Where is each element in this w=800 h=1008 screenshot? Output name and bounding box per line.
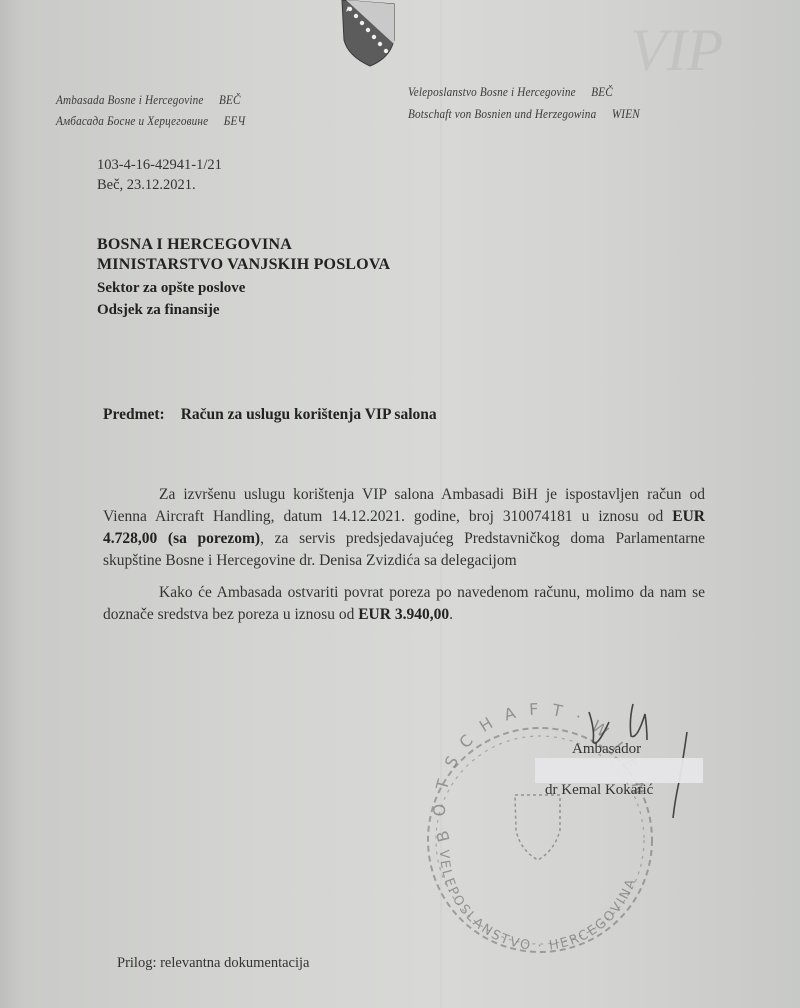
- page-edge-shadow: [0, 0, 24, 1008]
- svg-text:VELEPOSLANSTVO · HERCEGOVINA: VELEPOSLANSTVO · HERCEGOVINA: [436, 849, 640, 954]
- reference-number: 103-4-16-42941-1/21: [97, 157, 222, 174]
- letterhead-left-line1: Ambasada Bosne i HercegovineBEČ: [56, 92, 241, 108]
- letterhead-city: BEČ: [219, 92, 241, 107]
- signatory-name: dr Kemal Kokarić: [545, 782, 653, 799]
- faint-watermark: VIP: [620, 10, 780, 90]
- letterhead-city: БЕЧ: [224, 113, 246, 128]
- letterhead-text: Амбасада Босне и Херцеговине: [56, 113, 208, 128]
- letterhead-city: BEČ: [591, 84, 613, 99]
- letterhead-city: WIEN: [612, 106, 640, 121]
- body-paragraph-2: Kako će Ambasada ostvariti povrat poreza…: [103, 582, 705, 626]
- letter-page: VIP Ambasada Bosne i HercegovineBEČ Амба…: [0, 0, 800, 1008]
- place-date: Beč, 23.12.2021.: [97, 177, 196, 194]
- recipient-ministry: MINISTARSTVO VANJSKIH POSLOVA: [97, 256, 390, 274]
- recipient-country: BOSNA I HERCEGOVINA: [97, 236, 292, 254]
- letterhead-text: Botschaft von Bosnien und Herzegowina: [408, 106, 596, 121]
- letterhead-right-line1: Veleposlanstvo Bosne i HercegovineBEČ: [408, 84, 613, 100]
- svg-text:VIP: VIP: [630, 17, 723, 83]
- letterhead-text: Veleposlanstvo Bosne i Hercegovine: [408, 84, 576, 99]
- body-paragraph-1: Za izvršenu uslugu korištenja VIP salona…: [103, 484, 705, 572]
- signatory-title: Ambasador: [572, 741, 641, 758]
- redaction-box: [535, 758, 703, 783]
- recipient-sector: Sektor za opšte poslove: [97, 280, 245, 297]
- recipient-department: Odsjek za finansije: [97, 302, 220, 319]
- body-text: .: [449, 606, 453, 623]
- attachment-note: Prilog: relevantna dokumentacija: [117, 955, 309, 972]
- letterhead-left-line2: Амбасада Босне и ХерцеговинеБЕЧ: [56, 113, 245, 129]
- letterhead-right-line2: Botschaft von Bosnien und HerzegowinaWIE…: [408, 106, 640, 122]
- requested-amount: EUR 3.940,00: [358, 606, 449, 623]
- subject-text: Račun za uslugu korištenja VIP salona: [181, 406, 437, 423]
- subject-line: Predmet:Račun za uslugu korištenja VIP s…: [103, 406, 437, 424]
- letterhead-text: Ambasada Bosne i Hercegovine: [56, 92, 204, 107]
- subject-label: Predmet:: [103, 406, 165, 423]
- bih-coat-of-arms-icon: [340, 0, 396, 68]
- body-text: Za izvršenu uslugu korištenja VIP salona…: [103, 486, 705, 525]
